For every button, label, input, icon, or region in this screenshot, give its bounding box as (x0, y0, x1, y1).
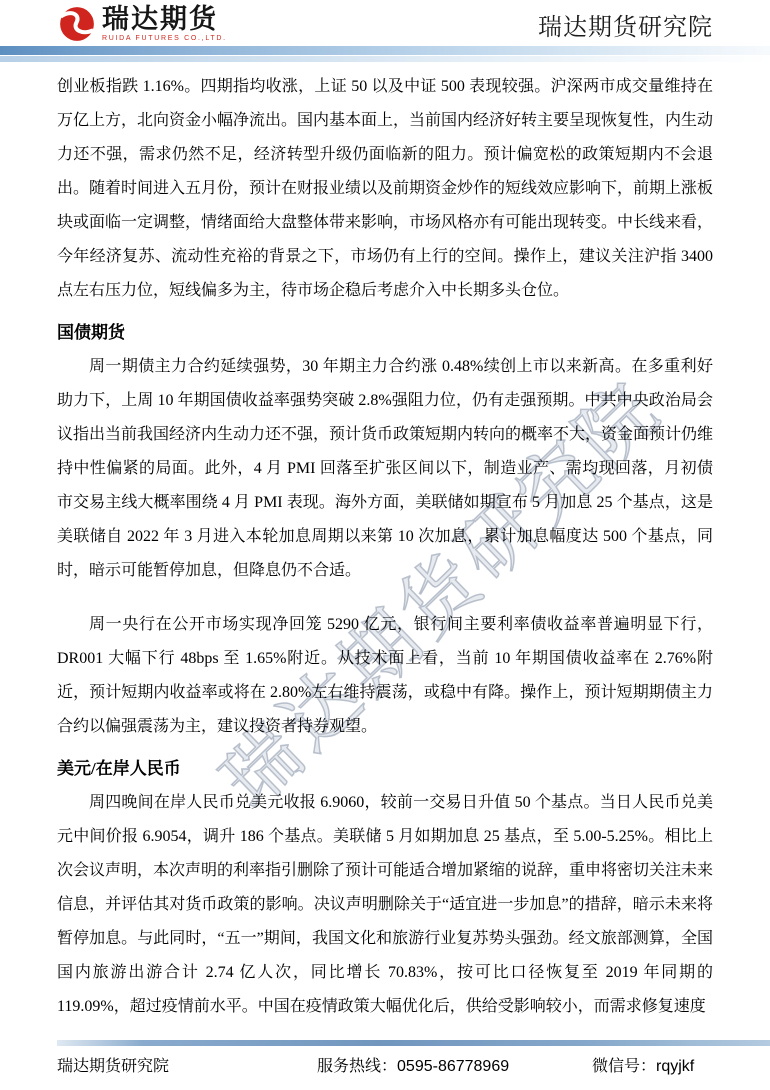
footer-org: 瑞达期货研究院 (57, 1053, 317, 1076)
page-footer: 瑞达期货研究院 服务热线：0595-86778969 微信号：rqyjkf (0, 1040, 770, 1090)
usd-cny-paragraph-1: 周四晚间在岸人民币兑美元收报 6.9060，较前一交易日升值 50 个基点。当日… (57, 786, 713, 1024)
header-row: 瑞达期货 RUIDA FUTURES CO.,LTD. 瑞达期货研究院 (0, 0, 770, 46)
brand-text-block: 瑞达期货 RUIDA FUTURES CO.,LTD. (102, 6, 227, 42)
footer-hotline-number: 0595-86778969 (397, 1058, 509, 1075)
brand-name: 瑞达期货 (102, 6, 227, 33)
footer-hotline-label: 服务热线： (317, 1058, 397, 1075)
section-heading-treasury-futures: 国债期货 (57, 316, 713, 350)
page-header: 瑞达期货 RUIDA FUTURES CO.,LTD. 瑞达期货研究院 (0, 0, 770, 62)
section-heading-usd-cny: 美元/在岸人民币 (57, 752, 713, 786)
footer-row: 瑞达期货研究院 服务热线：0595-86778969 微信号：rqyjkf (0, 1046, 770, 1090)
footer-wechat-label: 微信号： (592, 1058, 656, 1075)
treasury-paragraph-1: 周一期债主力合约延续强势，30 年期主力合约涨 0.48%续创上市以来新高。在多… (57, 350, 713, 588)
footer-wechat: 微信号：rqyjkf (592, 1053, 713, 1076)
header-divider-bar (0, 46, 770, 55)
ruida-swirl-icon (57, 4, 97, 44)
brand-subtitle: RUIDA FUTURES CO.,LTD. (102, 35, 227, 42)
brand-logo: 瑞达期货 RUIDA FUTURES CO.,LTD. (57, 4, 227, 44)
page-title: 瑞达期货研究院 (538, 7, 713, 44)
footer-hotline: 服务热线：0595-86778969 (317, 1053, 592, 1076)
document-body: 创业板指跌 1.16%。四期指均收涨，上证 50 以及中证 500 表现较强。沪… (0, 62, 770, 1024)
treasury-paragraph-2: 周一央行在公开市场实现净回笼 5290 亿元，银行间主要利率债收益率普遍明显下行… (57, 608, 713, 744)
intro-paragraph: 创业板指跌 1.16%。四期指均收涨，上证 50 以及中证 500 表现较强。沪… (57, 70, 713, 308)
document-page: 瑞达期货 RUIDA FUTURES CO.,LTD. 瑞达期货研究院 瑞达期货… (0, 0, 770, 1090)
footer-wechat-id: rqyjkf (656, 1058, 694, 1075)
